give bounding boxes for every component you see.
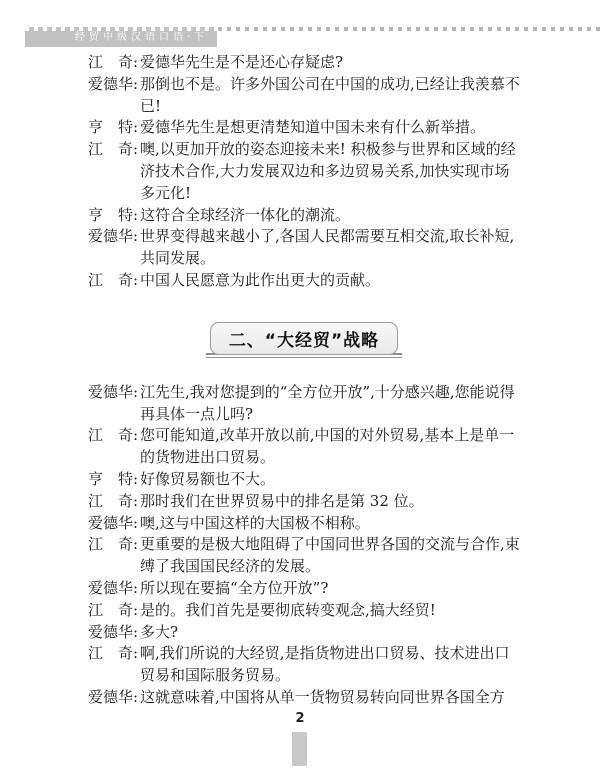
dialogue-text: 中国人民愿意为此作出更大的贡献。 [140,270,520,292]
dialogue-text: 更重要的是极大地阻碍了中国同世界各国的交流与合作,束缚了我国国民经济的发展。 [140,534,520,578]
dialogue-line: 江 奇: 爱德华先生是不是还心存疑虑? [88,52,520,74]
speaker-label: 亨 特: [88,205,140,227]
dialogue-text: 所以现在要搞“全方位开放”? [140,578,520,600]
dialogue-text: 这符合全球经济一体化的潮流。 [140,205,520,227]
dialogue-section-1: 江 奇: 爱德华先生是不是还心存疑虑? 爱德华: 那倒也不是。许多外国公司在中国… [88,52,520,292]
page-number: 2 [0,711,600,726]
header-dotted-rule [218,27,600,31]
section-heading-box: 二、“大经贸”战略 [210,322,398,355]
speaker-label: 爱德华: [88,687,140,709]
speaker-label: 江 奇: [88,52,140,74]
speaker-label: 爱德华: [88,578,140,600]
speaker-label: 江 奇: [88,139,140,204]
dialogue-text: 那倒也不是。许多外国公司在中国的成功,已经让我羡慕不已! [140,74,520,118]
speaker-label: 江 奇: [88,491,140,513]
dialogue-line: 爱德华: 所以现在要搞“全方位开放”? [88,578,520,600]
dialogue-line: 江 奇: 您可能知道,改革开放以前,中国的对外贸易,基本上是单一的货物进出口贸易… [88,425,520,469]
dialogue-line: 爱德华: 多大? [88,622,520,644]
speaker-label: 亨 特: [88,117,140,139]
dialogue-text: 啊,我们所说的大经贸,是指货物进出口贸易、技术进出口贸易和国际服务贸易。 [140,643,520,687]
dialogue-text: 这就意味着,中国将从单一货物贸易转向同世界各国全方 [140,687,520,709]
section-heading-title: 二、“大经贸”战略 [229,331,379,351]
speaker-label: 亨 特: [88,469,140,491]
dialogue-line: 江 奇: 那时我们在世界贸易中的排名是第 32 位。 [88,491,520,513]
dialogue-text: 那时我们在世界贸易中的排名是第 32 位。 [140,491,520,513]
dialogue-text: 是的。我们首先是要彻底转变观念,搞大经贸! [140,600,520,622]
dialogue-line: 亨 特: 爱德华先生是想更清楚知道中国未来有什么新举措。 [88,117,520,139]
speaker-label: 江 奇: [88,643,140,687]
book-page: 经贸中级汉语口语·下 江 奇: 爱德华先生是不是还心存疑虑? 爱德华: 那倒也不… [0,0,600,775]
dialogue-text: 噢,以更加开放的姿态迎接未来! 积极参与世界和区域的经济技术合作,大力发展双边和… [140,139,520,204]
page-edge-tab [292,732,307,766]
speaker-label: 爱德华: [88,622,140,644]
dialogue-line: 江 奇: 是的。我们首先是要彻底转变观念,搞大经贸! [88,600,520,622]
dialogue-line: 江 奇: 中国人民愿意为此作出更大的贡献。 [88,270,520,292]
dialogue-text: 您可能知道,改革开放以前,中国的对外贸易,基本上是单一的货物进出口贸易。 [140,425,520,469]
dialogue-line: 爱德华: 这就意味着,中国将从单一货物贸易转向同世界各国全方 [88,687,520,709]
dialogue-line: 江 奇: 啊,我们所说的大经贸,是指货物进出口贸易、技术进出口贸易和国际服务贸易… [88,643,520,687]
speaker-label: 爱德华: [88,382,140,426]
running-head-title: 经贸中级汉语口语·下 [25,27,217,48]
dialogue-line: 爱德华: 那倒也不是。许多外国公司在中国的成功,已经让我羡慕不已! [88,74,520,118]
speaker-label: 爱德华: [88,74,140,118]
speaker-label: 爱德华: [88,513,140,535]
speaker-label: 江 奇: [88,270,140,292]
section-heading-wrap: 二、“大经贸”战略 [88,322,520,358]
dialogue-line: 亨 特: 这符合全球经济一体化的潮流。 [88,205,520,227]
dialogue-text: 好像贸易额也不大。 [140,469,520,491]
speaker-label: 江 奇: [88,600,140,622]
dialogue-text: 世界变得越来越小了,各国人民都需要互相交流,取长补短,共同发展。 [140,226,520,270]
dialogue-line: 爱德华: 噢,这与中国这样的大国极不相称。 [88,513,520,535]
speaker-label: 爱德华: [88,226,140,270]
dialogue-line: 江 奇: 更重要的是极大地阻碍了中国同世界各国的交流与合作,束缚了我国国民经济的… [88,534,520,578]
dialogue-section-2: 爱德华: 江先生,我对您提到的“全方位开放”,十分感兴趣,您能说得再具体一点儿吗… [88,382,520,709]
dialogue-line: 爱德华: 江先生,我对您提到的“全方位开放”,十分感兴趣,您能说得再具体一点儿吗… [88,382,520,426]
dialogue-line: 江 奇: 噢,以更加开放的姿态迎接未来! 积极参与世界和区域的经济技术合作,大力… [88,139,520,204]
dialogue-text: 噢,这与中国这样的大国极不相称。 [140,513,520,535]
running-head-bar: 经贸中级汉语口语·下 [25,27,217,47]
dialogue-text: 爱德华先生是想更清楚知道中国未来有什么新举措。 [140,117,520,139]
speaker-label: 江 奇: [88,425,140,469]
dialogue-text: 多大? [140,622,520,644]
page-body: 江 奇: 爱德华先生是不是还心存疑虑? 爱德华: 那倒也不是。许多外国公司在中国… [88,52,520,709]
speaker-label: 江 奇: [88,534,140,578]
dialogue-line: 亨 特: 好像贸易额也不大。 [88,469,520,491]
dialogue-line: 爱德华: 世界变得越来越小了,各国人民都需要互相交流,取长补短,共同发展。 [88,226,520,270]
dialogue-text: 江先生,我对您提到的“全方位开放”,十分感兴趣,您能说得再具体一点儿吗? [140,382,520,426]
dialogue-text: 爱德华先生是不是还心存疑虑? [140,52,520,74]
